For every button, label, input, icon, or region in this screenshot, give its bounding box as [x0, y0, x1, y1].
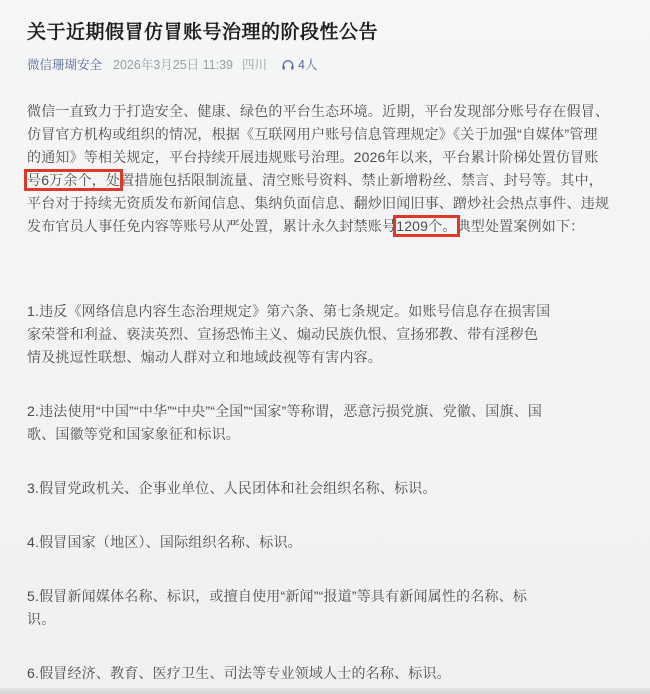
listen-badge[interactable]: 4人	[281, 56, 317, 74]
case-item-3: 3.假冒党政机关、企事业单位、人民团体和社会组织名称、标识。	[27, 477, 628, 500]
article-title: 关于近期假冒仿冒账号治理的阶段性公告	[27, 20, 628, 46]
account-name-link[interactable]: 微信珊瑚安全	[27, 56, 102, 74]
case-item-text: 5.假冒新闻媒体名称、标识，或擅自使用“新闻”“报道”等具有新闻属性的名称、标 …	[27, 588, 527, 627]
case-item-6: 6.假冒经济、教育、医疗卫生、司法等专业领域人士的名称、标识。	[27, 662, 628, 685]
case-item-text: 4.假冒国家（地区）、国际组织名称、标识。	[27, 534, 302, 550]
listen-count: 4人	[298, 56, 317, 74]
case-item-text: 3.假冒党政机关、企事业单位、人民团体和社会组织名称、标识。	[27, 480, 437, 496]
article-page: 关于近期假冒仿冒账号治理的阶段性公告 微信珊瑚安全 2026年3月25日 11:…	[0, 0, 650, 694]
case-item-text: 6.假冒经济、教育、医疗卫生、司法等专业领域人士的名称、标识。	[27, 665, 451, 681]
screenshot-bottom-edge	[0, 688, 650, 694]
intro-text-segment: 微信一直致力于打造安全、健康、绿色的平台生态环境。近期，平台发现部分账号存在假冒…	[27, 103, 609, 165]
publish-location: 四川	[242, 56, 267, 74]
case-item-4: 4.假冒国家（地区）、国际组织名称、标识。	[27, 531, 628, 554]
headset-icon	[281, 58, 298, 72]
intro-paragraph: 微信一直致力于打造安全、健康、绿色的平台生态环境。近期，平台发现部分账号存在假冒…	[27, 100, 628, 238]
case-item-2: 2.违法使用“中国”“中华”“中央”“全国”“国家”等称谓，恶意污损党旗、党徽、…	[27, 400, 628, 446]
case-item-text: 1.违反《网络信息内容生态治理规定》第六条、第七条规定。如账号信息存在损害国 家…	[27, 303, 550, 365]
banned-count-highlight-box: 1209个。	[396, 218, 456, 234]
case-item-5: 5.假冒新闻媒体名称、标识，或擅自使用“新闻”“报道”等具有新闻属性的名称、标 …	[27, 585, 628, 631]
article-content: 微信一直致力于打造安全、健康、绿色的平台生态环境。近期，平台发现部分账号存在假冒…	[27, 100, 628, 685]
publish-date: 2026年3月25日 11:39	[113, 56, 233, 74]
impersonation-count-highlight-box: 号6万余个，处	[27, 172, 120, 188]
byline: 微信珊瑚安全 2026年3月25日 11:39 四川 4人	[27, 56, 628, 74]
case-item-text: 2.违法使用“中国”“中华”“中央”“全国”“国家”等称谓，恶意污损党旗、党徽、…	[27, 403, 542, 442]
intro-text-segment: 典型处置案例如下：	[457, 218, 585, 234]
case-item-1: 1.违反《网络信息内容生态治理规定》第六条、第七条规定。如账号信息存在损害国 家…	[27, 300, 628, 369]
